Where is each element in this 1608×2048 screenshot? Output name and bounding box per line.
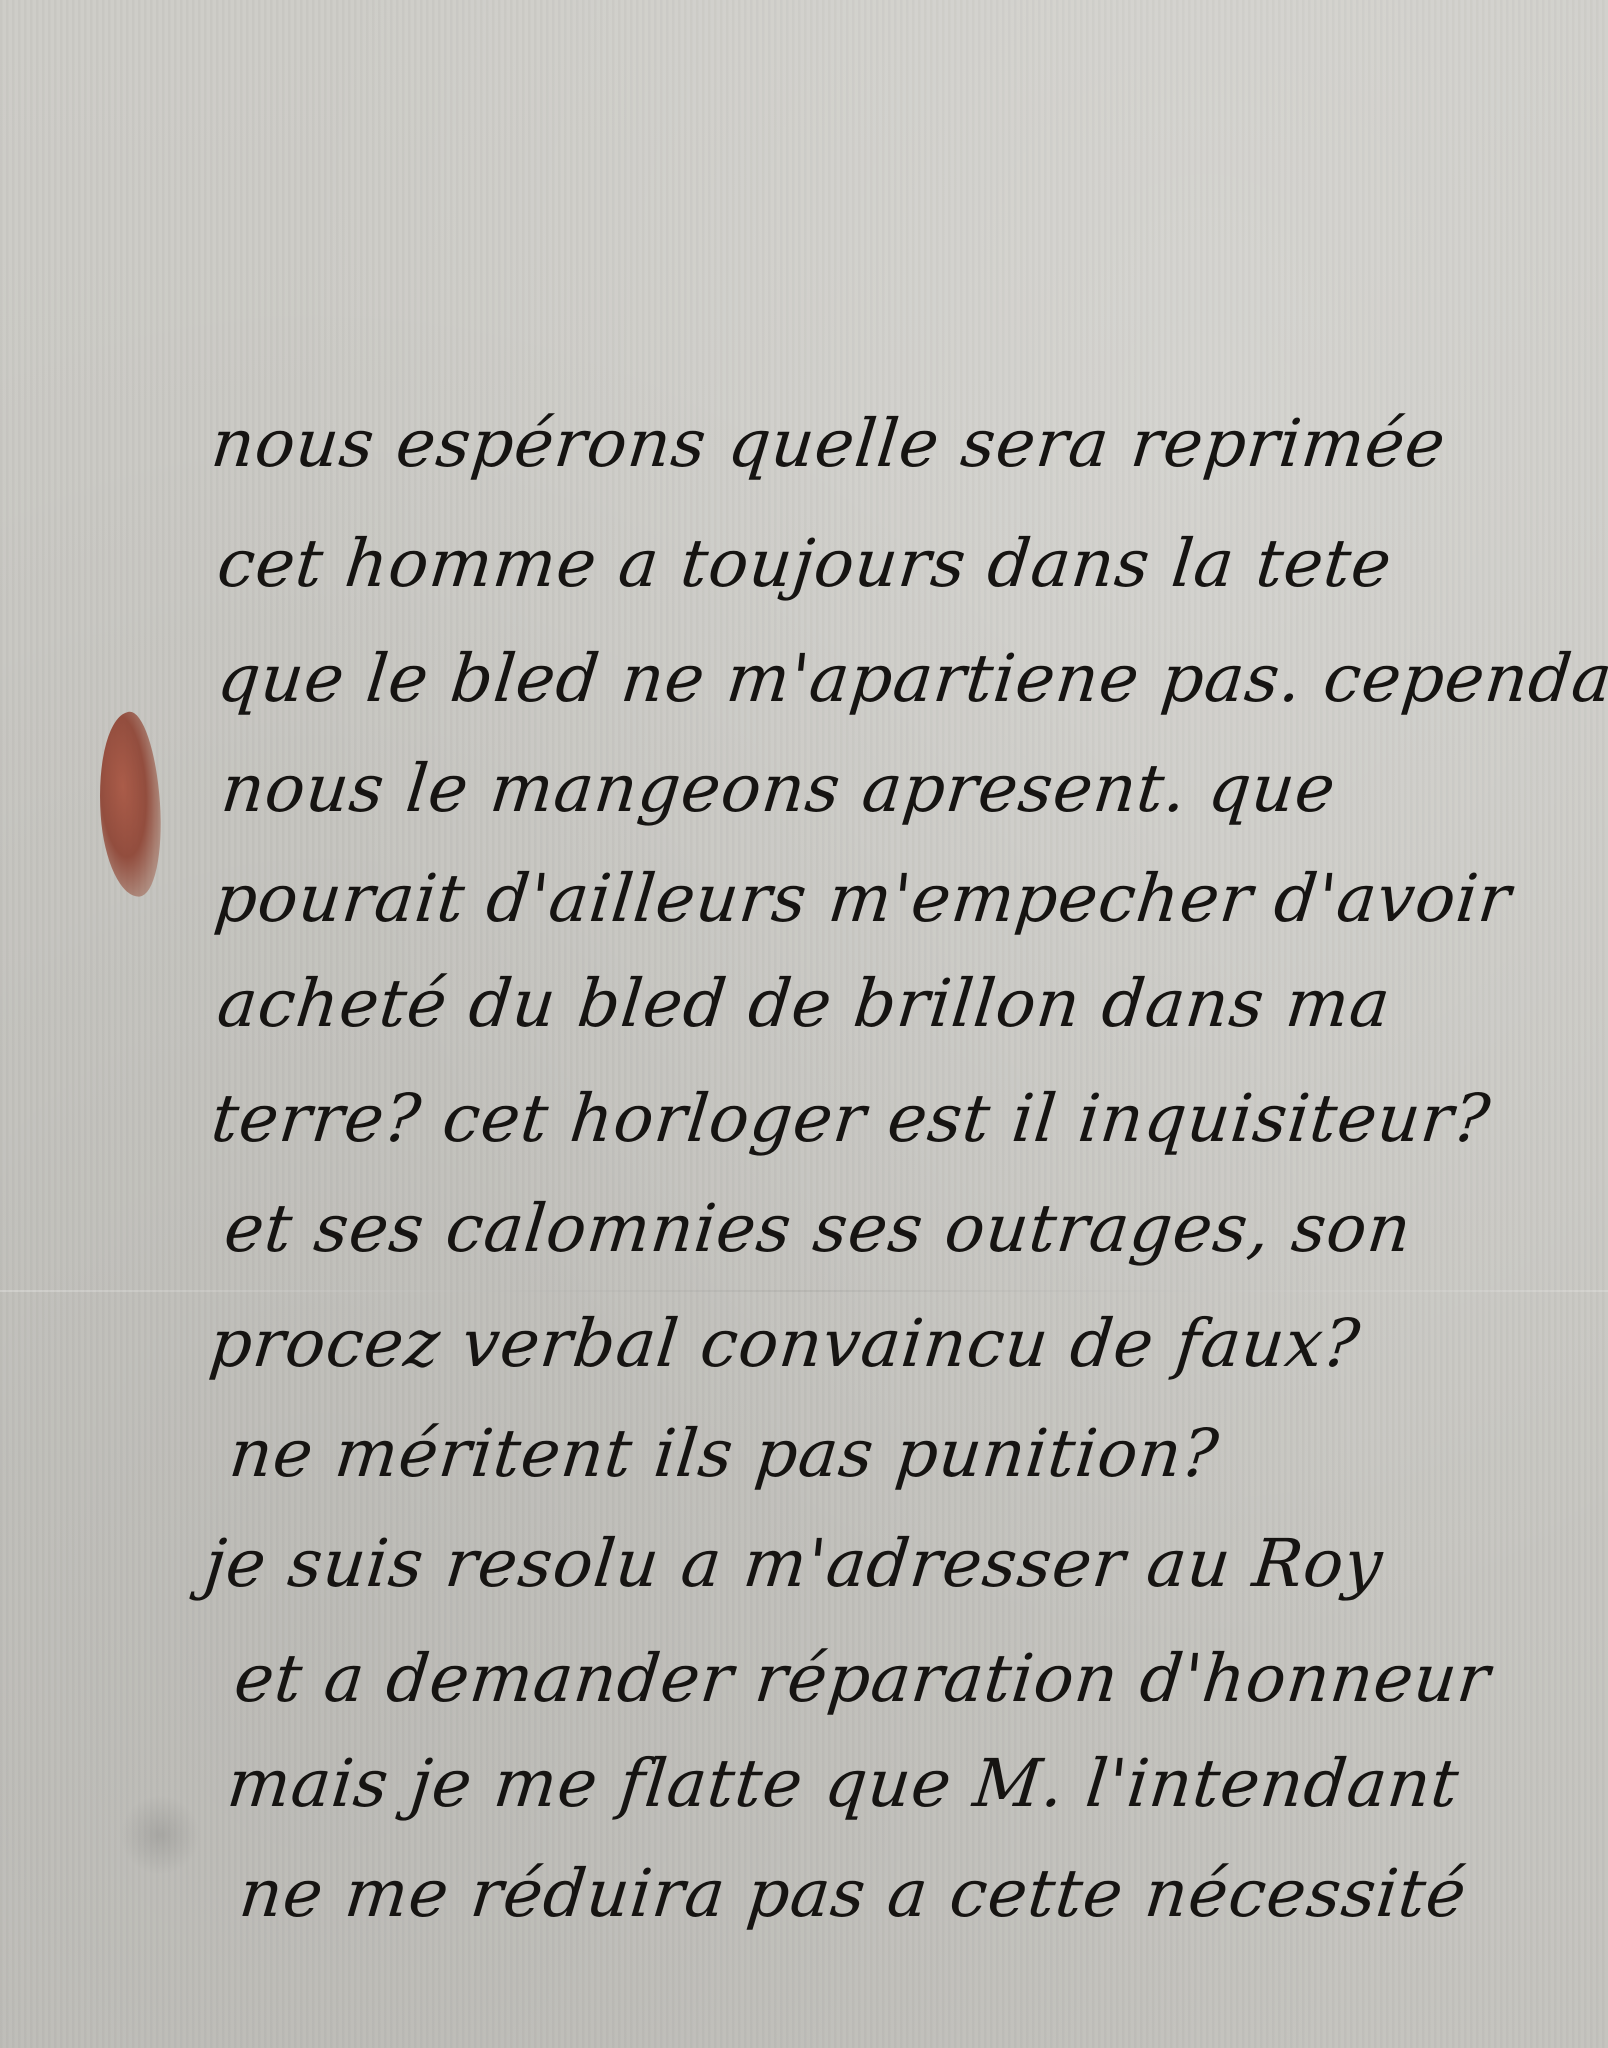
letter-line: et ses calomnies ses outrages, son — [221, 1190, 1415, 1267]
letter-line: pourait d'ailleurs m'empecher d'avoir — [211, 860, 1515, 937]
letter-line: ne me réduira pas a cette nécessité — [236, 1855, 1471, 1932]
letter-line: procez verbal convaincu de faux? — [206, 1305, 1364, 1382]
letter-line: nous espérons quelle sera reprimée — [208, 405, 1450, 482]
letter-line: mais je me flatte que M. l'intendant — [224, 1745, 1463, 1822]
letter-line: que le bled ne m'apartiene pas. cependan… — [214, 640, 1608, 717]
letter-line: nous le mangeons apresent. que — [218, 750, 1340, 827]
letter-line: ne méritent ils pas punition? — [226, 1415, 1223, 1492]
letter-line: cet homme a toujours dans la tete — [214, 525, 1396, 602]
letter-line: acheté du bled de brillon dans ma — [214, 965, 1394, 1042]
letter-line: et a demander réparation d'honneur — [231, 1640, 1494, 1717]
letter-line: terre? cet horloger est il inquisiteur? — [208, 1080, 1494, 1157]
letter-line: je suis resolu a m'adresser au Roy — [201, 1525, 1387, 1602]
letter-body: nous espérons quelle sera reprimée cet h… — [0, 0, 1608, 2048]
